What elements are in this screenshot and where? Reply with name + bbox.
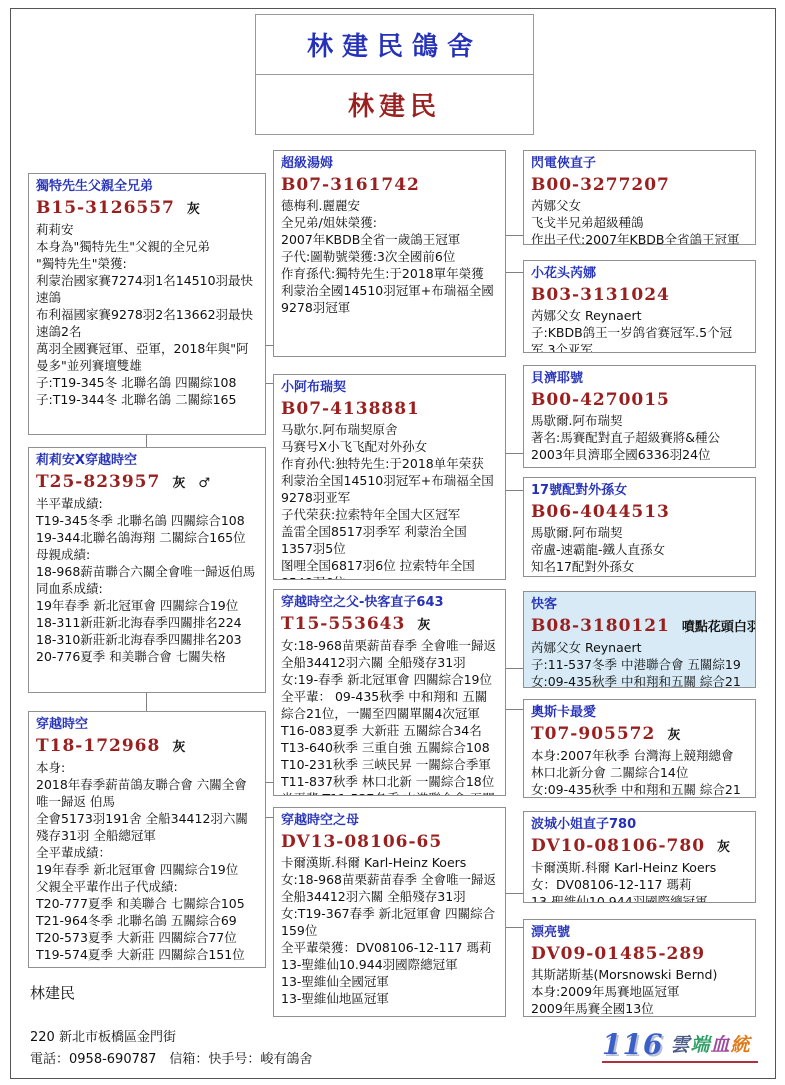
pigeon-name: 小花头芮娜 (531, 264, 748, 283)
info-line: 女:09-435秋季 中和翔和五關 綜合21 (531, 673, 748, 688)
title-box: 林建民鴿舍 林建民 (255, 14, 534, 135)
footer-owner-name: 林建民 (30, 982, 75, 1003)
pedigree-box-B07-3161742: 超級湯姆B07-3161742德梅利.麗麗安全兄弟/姐妹榮獲:2007年KBDB… (273, 150, 506, 357)
info-line: 利蒙治全國14510羽冠軍+布瑞福全國9278羽冠軍 (281, 282, 498, 316)
logo-char-duan: 端 (690, 1034, 709, 1056)
pedigree-box-B06-4044513: 17號配對外孫女B06-4044513馬歇爾.阿布瑞契帝盧-速霸龍-鐵人直孫女知… (523, 477, 756, 577)
info-line: 本身: (36, 759, 258, 776)
connector (506, 453, 523, 454)
pigeon-name: 超級湯姆 (281, 154, 498, 173)
ring-note: 灰 (667, 728, 680, 743)
ring-number: B00-3277207 (531, 175, 670, 195)
connector (146, 435, 147, 447)
ring-note: 灰 (417, 618, 430, 633)
info-line: 卡爾漢斯.科爾 Karl-Heinz Koers (531, 859, 748, 876)
ring-number: B00-4270015 (531, 390, 670, 410)
pigeon-name: 奧斯卡最愛 (531, 703, 748, 722)
info-line: 20-776夏季 和美聯合會 七關失格 (36, 648, 258, 665)
ring-line: B00-3277207 (531, 173, 748, 197)
ring-line: B07-4138881 (281, 397, 498, 421)
info-line: 18-968薪苗聯合六關全會唯一歸返伯馬 (36, 563, 258, 580)
info-line: 半平輩成績: (36, 495, 258, 512)
info-line: 马赛号X小飞飞配对外孙女 (281, 438, 498, 455)
ring-note: 灰 ♂ (172, 476, 210, 491)
pigeon-name: 快客 (531, 595, 748, 614)
ring-number: T15-553643 (281, 614, 405, 634)
logo-char-line: 統 (731, 1034, 750, 1056)
info-line: T21-964冬季 北聯名鴿 五關綜合69 (36, 912, 258, 929)
info-line: 子:T19-344冬 北聯名鴿 二關綜165 (36, 391, 258, 408)
info-line: 女:T19-367春季 新北冠軍會 四關綜合159位 (281, 905, 498, 939)
info-line: 馬歇爾.阿布瑞契 (531, 412, 748, 429)
connector (266, 383, 273, 384)
info-line: 女:18-968苗栗薪苗春季 全會唯一歸返 全船34412羽六關 全船殘存31羽 (281, 637, 498, 671)
logo-116-number: 116 (602, 1028, 663, 1061)
info-line: 子:KBDB鸽王一岁鸽省赛冠军.5个冠军.3个亚军 (531, 324, 748, 353)
pedigree-box-T18-172968: 穿越時空T18-172968灰本身:2018年春季薪苗鴿友聯合會 六關全會唯一歸… (28, 711, 266, 968)
pigeon-name: 穿越時空 (36, 715, 258, 734)
connector (266, 817, 273, 818)
info-line: 2018年春季薪苗鴿友聯合會 六關全會唯一歸返 伯馬 (36, 776, 258, 810)
ring-line: B00-4270015 (531, 388, 748, 412)
connector (506, 893, 523, 894)
info-line: 2009年馬賽全國13位 (531, 1000, 748, 1017)
ring-line: DV09-01485-289 (531, 942, 748, 966)
loft-name: 林建民鴿舍 (256, 15, 533, 75)
connector (506, 927, 523, 928)
pigeon-name: 17號配對外孫女 (531, 481, 748, 500)
logo-char-cloud: 雲 (670, 1034, 689, 1056)
info-line: 2003年貝濟耶全國6336羽24位 (531, 446, 748, 463)
ring-line: B15-3126557灰 (36, 196, 258, 221)
footer-contact: 電話：0958-690787 信箱：快手号：峻有鴿舍 (30, 1048, 312, 1067)
info-line: T11-837秋季 林口北新 一關綜合18位 (281, 773, 498, 790)
connector (266, 782, 273, 783)
logo-char-blood: 血 (710, 1034, 729, 1056)
info-line: 飞戈半兄弟超級種鴿 (531, 214, 748, 231)
ring-number: T25-823957 (36, 472, 160, 492)
info-line: 13-聖維仙全國冠軍 (281, 973, 498, 990)
pigeon-name: 漂亮號 (531, 923, 748, 942)
ring-number: B07-4138881 (281, 399, 420, 419)
info-line: 卡爾漢斯.科爾 Karl-Heinz Koers (281, 854, 498, 871)
info-line: 女：DV08106-12-117 瑪莉 (531, 876, 748, 893)
info-line: 本身:2007年秋季 台灣海上競翔總會 (531, 747, 748, 764)
info-line: 萬羽全國賽冠軍、亞軍，2018年與"阿曼多"並列賽壇雙雄 (36, 340, 258, 374)
info-line: 19-344北聯名鴿海翔 二關綜合165位 (36, 529, 258, 546)
info-line: 马歇尔.阿布瑞契原舍 (281, 421, 498, 438)
info-line: 女:09-435秋季 中和翔和五關 綜合21 (531, 781, 748, 798)
info-line: 林口北新分會 二關綜合14位 (531, 764, 748, 781)
info-line: 18-310新莊新北海春季四關排名203 (36, 631, 258, 648)
info-line: 芮娜父女 (531, 197, 748, 214)
connector (146, 693, 147, 711)
owner-name-title: 林建民 (256, 75, 533, 134)
info-line: 19年春季 新北冠軍會 四關綜合19位 (36, 597, 258, 614)
ring-line: T07-905572灰 (531, 722, 748, 747)
ring-line: T18-172968灰 (36, 734, 258, 759)
pedigree-box-T25-823957: 莉莉安X穿越時空T25-823957灰 ♂半平輩成績:T19-345冬季 北聯名… (28, 447, 266, 693)
connector (506, 709, 523, 710)
ring-number: T18-172968 (36, 736, 160, 756)
info-line: T19-574夏季 大新莊 四關綜合151位 (36, 946, 258, 963)
info-line: 莉莉安 (36, 221, 258, 238)
pigeon-name: 穿越時空之父-快客直子643 (281, 593, 498, 612)
info-line: 馬歇爾.阿布瑞契 (531, 524, 748, 541)
info-line: 母親成績: (36, 546, 258, 563)
info-line: 利蒙治全国14510羽冠军+布瑞福全国9278羽亚军 (281, 472, 498, 506)
info-line: 全兄弟/姐妹榮獲: (281, 214, 498, 231)
info-line: T20-573夏季 大新莊 四關綜合77位 (36, 929, 258, 946)
pedigree-box-B08-3180121-highlighted: 快客B08-3180121噴點花頭白羽芮娜父女 Reynaert子:11-537… (523, 591, 756, 688)
pigeon-name: 穿越時空之母 (281, 811, 498, 830)
pigeon-name: 貝濟耶號 (531, 369, 748, 388)
ring-line: B08-3180121噴點花頭白羽 (531, 614, 748, 639)
ring-number: B08-3180121 (531, 616, 670, 636)
info-line: T20-777夏季 和美聯合 七關綜合105 (36, 895, 258, 912)
logo-underline (602, 1061, 758, 1063)
ring-number: B06-4044513 (531, 502, 670, 522)
info-line: 知名17配對外孫女 (531, 558, 748, 575)
info-line: 图哩全国6817羽6位 拉索特年全国 (281, 557, 498, 574)
info-line: 子:T19-345冬 北聯名鴿 四關綜108 (36, 374, 258, 391)
brand-logo: 116雲端血統 (602, 1028, 760, 1064)
connector (506, 668, 523, 669)
pigeon-name: 閃電俠直子 (531, 154, 748, 173)
pigeon-name: 莉莉安X穿越時空 (36, 451, 258, 470)
footer-address: 220 新北市板橋區金門街 (30, 1026, 176, 1045)
ring-note: 灰 (717, 840, 730, 855)
info-line: 13-聖維仙10.944羽國際總冠軍 (531, 893, 748, 903)
connector (506, 272, 523, 273)
info-line: 13-聖維仙10.944羽國際總冠軍 (281, 956, 498, 973)
info-line: 8548羽6位 (281, 574, 498, 580)
info-line: 其斯諾斯基(Morsnowski Bernd) (531, 966, 748, 983)
info-line: 子代荣获:拉索特年全国大区冠军 (281, 506, 498, 523)
pedigree-box-DV09-01485-289: 漂亮號DV09-01485-289其斯諾斯基(Morsnowski Bernd)… (523, 919, 756, 1017)
info-line: 本身:2009年馬賽地區冠軍 (531, 983, 748, 1000)
connector (506, 490, 523, 491)
pedigree-box-B03-3131024: 小花头芮娜B03-3131024芮娜父女 Reynaert子:KBDB鸽王一岁鸽… (523, 260, 756, 353)
info-line: 19年春季 新北冠軍會 四關綜合19位 (36, 861, 258, 878)
info-line: 全平輩成績： (36, 844, 258, 861)
info-line: 德梅利.麗麗安 (281, 197, 498, 214)
ring-line: DV10-08106-780灰 (531, 834, 748, 859)
info-line: 利蒙治國家賽7274羽1名14510羽最快速鴿 (36, 272, 258, 306)
ring-line: B03-3131024 (531, 283, 748, 307)
info-line: 同血系成績: (36, 580, 258, 597)
ring-number: B07-3161742 (281, 175, 420, 195)
info-line: T16-083夏季 大新莊 五關綜合34名 (281, 722, 498, 739)
ring-number: B15-3126557 (36, 198, 175, 218)
pedigree-box-B07-4138881: 小阿布瑞契B07-4138881马歇尔.阿布瑞契原舍马赛号X小飞飞配对外孙女作育… (273, 374, 506, 580)
info-line: 半平輩 T11-537冬季 中港聯合會 五關 (281, 790, 498, 796)
ring-note: 噴點花頭白羽 (682, 620, 756, 635)
pigeon-name: 獨特先生父親全兄弟 (36, 177, 258, 196)
info-line: 芮娜父女 Reynaert (531, 307, 748, 324)
info-line: 作育孫代:獨特先生:于2018單年榮獲 (281, 265, 498, 282)
info-line: 芮娜父女 Reynaert (531, 639, 748, 656)
pigeon-name: 小阿布瑞契 (281, 378, 498, 397)
ring-note: 灰 (187, 202, 200, 217)
ring-line: B07-3161742 (281, 173, 498, 197)
pedigree-box-DV10-08106-780: 波城小姐直子780DV10-08106-780灰卡爾漢斯.科爾 Karl-Hei… (523, 811, 756, 903)
ring-number: DV13-08106-65 (281, 832, 442, 852)
info-line: 著名:馬賽配對直子超級賽將&種公 (531, 429, 748, 446)
info-line: 本身為"獨特先生"父親的全兄弟 (36, 238, 258, 255)
pedigree-box-DV13-08106-65: 穿越時空之母DV13-08106-65卡爾漢斯.科爾 Karl-Heinz Ko… (273, 807, 506, 1017)
info-line: 18-311新莊新北海春季四關排名224 (36, 614, 258, 631)
ring-number: B03-3131024 (531, 285, 670, 305)
info-line: 子代:圖勒號榮獲:3次全國前6位 (281, 248, 498, 265)
connector (266, 345, 273, 346)
ring-note: 灰 (172, 740, 185, 755)
connector (506, 235, 523, 236)
info-line: 作出子代:2007年KBDB全省鴿王冠軍 (531, 231, 748, 245)
info-line: 全平輩榮獲：DV08106-12-117 瑪莉 (281, 939, 498, 956)
ring-line: T15-553643灰 (281, 612, 498, 637)
info-line: 帝盧-速霸龍-鐵人直孫女 (531, 541, 748, 558)
ring-number: DV10-08106-780 (531, 836, 705, 856)
pedigree-box-B15-3126557: 獨特先生父親全兄弟B15-3126557灰莉莉安本身為"獨特先生"父親的全兄弟"… (28, 173, 266, 435)
ring-number: T07-905572 (531, 724, 655, 744)
info-line: "獨特先生"榮獲: (36, 255, 258, 272)
info-line: 全會5173羽191舍 全船34412羽六關殘存31羽 全船總冠軍 (36, 810, 258, 844)
info-line: T13-640秋季 三重自強 五關綜合108 (281, 739, 498, 756)
ring-line: T25-823957灰 ♂ (36, 470, 258, 495)
pigeon-name: 波城小姐直子780 (531, 815, 748, 834)
pedigree-page: 林建民鴿舍 林建民 獨特先生父親全兄弟B15-3126557灰莉莉安本身為"獨特… (0, 0, 785, 1085)
info-line: 女:18-968苗栗薪苗春季 全會唯一歸返 全船34412羽六關 全船殘存31羽 (281, 871, 498, 905)
ring-line: DV13-08106-65 (281, 830, 498, 854)
info-line: 作育孙代:独特先生:于2018单年荣获 (281, 455, 498, 472)
info-line: 盖雷全国8517羽季军 利蒙治全国1357羽5位 (281, 523, 498, 557)
info-line: 2007年KBDB全省一歲鴿王冠軍 (281, 231, 498, 248)
info-line: 父親全平輩作出子代成績: (36, 878, 258, 895)
ring-number: DV09-01485-289 (531, 944, 705, 964)
info-line: 女:19-春季 新北冠軍會 四關綜合19位 (281, 671, 498, 688)
pedigree-box-T07-905572: 奧斯卡最愛T07-905572灰本身:2007年秋季 台灣海上競翔總會林口北新分… (523, 699, 756, 798)
info-line: 布利福國家賽9278羽2名13662羽最快速鴿2名 (36, 306, 258, 340)
info-line: 13-聖維仙地區冠軍 (281, 990, 498, 1007)
pedigree-box-T15-553643: 穿越時空之父-快客直子643T15-553643灰女:18-968苗栗薪苗春季 … (273, 589, 506, 796)
info-line: 全平輩： 09-435秋季 中和翔和 五關綜合21位，一關至四關單關4次冠軍 (281, 688, 498, 722)
info-line: T10-231秋季 三峽民昇 一關綜合季軍 (281, 756, 498, 773)
info-line: 子:11-537冬季 中港聯合會 五關綜19 (531, 656, 748, 673)
ring-line: B06-4044513 (531, 500, 748, 524)
pedigree-box-B00-4270015: 貝濟耶號B00-4270015馬歇爾.阿布瑞契著名:馬賽配對直子超級賽將&種公2… (523, 365, 756, 468)
info-line: T19-345冬季 北聯名鴿 四關綜合108 (36, 512, 258, 529)
pedigree-box-B00-3277207: 閃電俠直子B00-3277207芮娜父女飞戈半兄弟超級種鴿作出子代:2007年K… (523, 150, 756, 245)
